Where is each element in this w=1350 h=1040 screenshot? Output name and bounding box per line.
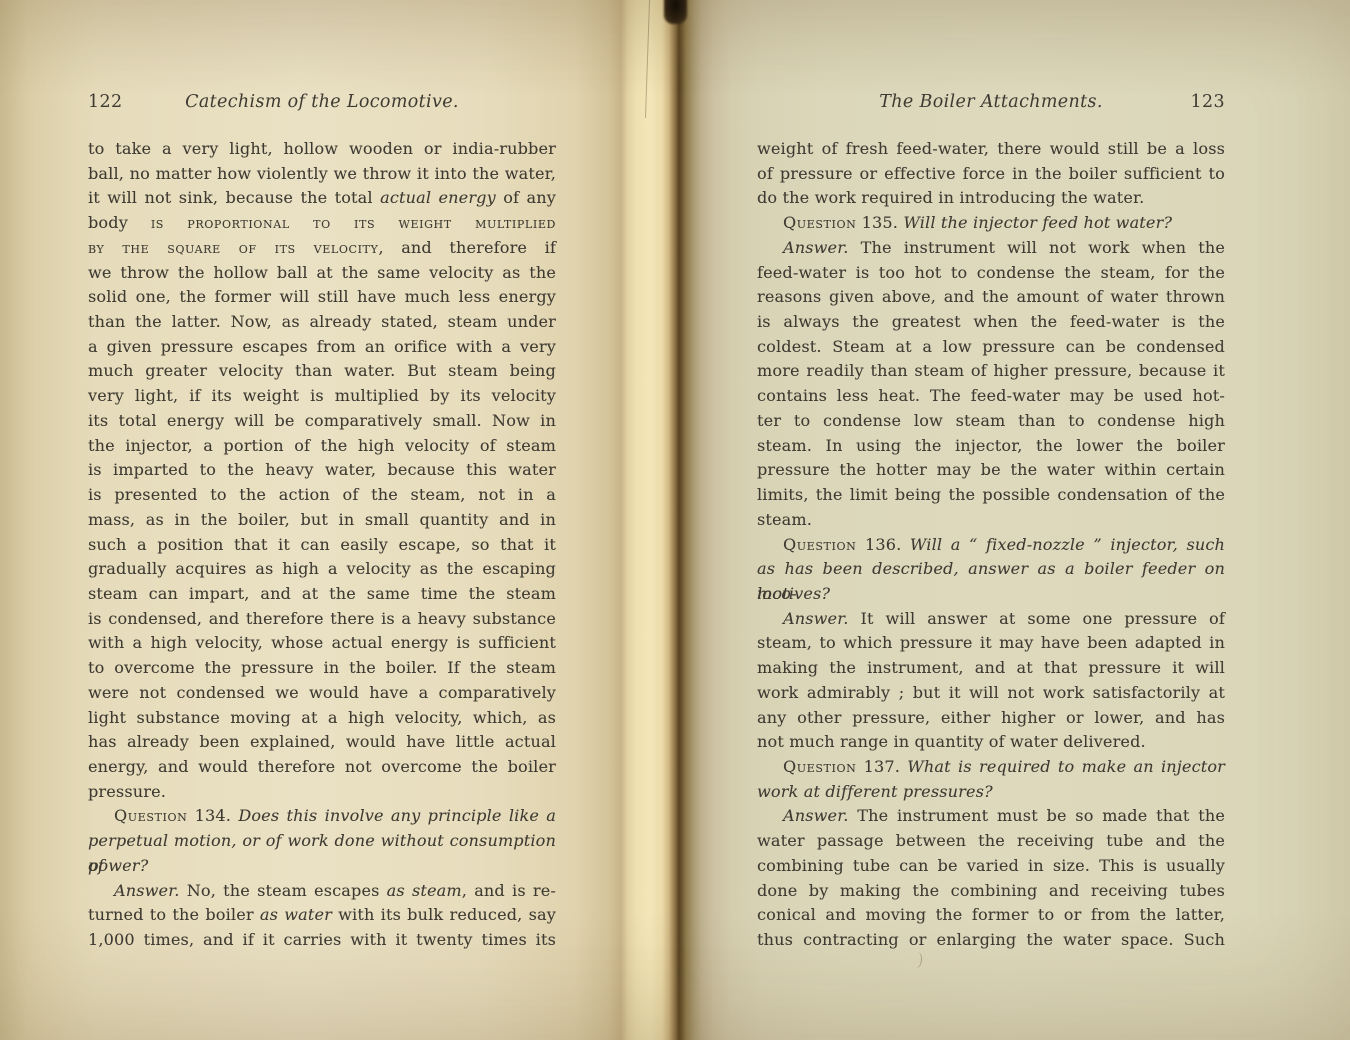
spine-shadow bbox=[664, 0, 687, 24]
right-page-text: weight of fresh feed-water, there would … bbox=[757, 137, 1225, 953]
text-line: done by making the combining and receivi… bbox=[757, 879, 1225, 904]
left-page-number: 122 bbox=[88, 92, 122, 112]
text-line: Question 136. Will a “ fixed-nozzle ” in… bbox=[757, 533, 1225, 558]
right-page-header: The Boiler Attachments. 123 bbox=[757, 92, 1225, 118]
text-line: ball, no matter how violently we throw i… bbox=[88, 162, 556, 187]
text-line: body is proportional to its weight multi… bbox=[88, 211, 556, 236]
text-line: 1,000 times, and if it carries with it t… bbox=[88, 928, 556, 953]
text-line: of pressure or effective force in the bo… bbox=[757, 162, 1225, 187]
text-line: making the instrument, and at that press… bbox=[757, 656, 1225, 681]
text-line: steam, to which pressure it may have bee… bbox=[757, 631, 1225, 656]
text-line: is condensed, and therefore there is a h… bbox=[88, 607, 556, 632]
text-line: with a high velocity, whose actual energ… bbox=[88, 631, 556, 656]
text-line: Answer. The instrument will not work whe… bbox=[757, 236, 1225, 261]
text-line: has already been explained, would have l… bbox=[88, 730, 556, 755]
left-page-text: to take a very light, hollow wooden or i… bbox=[88, 137, 556, 953]
text-line: as has been described, answer as a boile… bbox=[757, 557, 1225, 582]
text-line: is imparted to the heavy water, because … bbox=[88, 458, 556, 483]
text-line: we throw the hollow ball at the same vel… bbox=[88, 261, 556, 286]
pen-mark bbox=[911, 952, 923, 969]
text-line: steam. bbox=[757, 508, 1225, 533]
text-line: turned to the boiler as water with its b… bbox=[88, 903, 556, 928]
text-line: limits, the limit being the possible con… bbox=[757, 483, 1225, 508]
text-line: reasons given above, and the amount of w… bbox=[757, 285, 1225, 310]
text-line: the injector, a portion of the high velo… bbox=[88, 434, 556, 459]
text-line: by the square of its velocity, and there… bbox=[88, 236, 556, 261]
text-line: to overcome the pressure in the boiler. … bbox=[88, 656, 556, 681]
text-line: gradually acquires as high a velocity as… bbox=[88, 557, 556, 582]
text-line: Question 135. Will the injector feed hot… bbox=[757, 211, 1225, 236]
text-line: any other pressure, either higher or low… bbox=[757, 706, 1225, 731]
text-line: Answer. It will answer at some one press… bbox=[757, 607, 1225, 632]
text-line: feed-water is too hot to condense the st… bbox=[757, 261, 1225, 286]
text-line: its total energy will be comparatively s… bbox=[88, 409, 556, 434]
text-line: coldest. Steam at a low pressure can be … bbox=[757, 335, 1225, 360]
text-line: Answer. The instrument must be so made t… bbox=[757, 804, 1225, 829]
left-running-title: Catechism of the Locomotive. bbox=[88, 92, 556, 112]
text-line: is always the greatest when the feed-wat… bbox=[757, 310, 1225, 335]
text-line: thus contracting or enlarging the water … bbox=[757, 928, 1225, 953]
text-line: combining tube can be varied in size. Th… bbox=[757, 854, 1225, 879]
text-line: weight of fresh feed-water, there would … bbox=[757, 137, 1225, 162]
text-line: steam can impart, and at the same time t… bbox=[88, 582, 556, 607]
text-line: Answer. No, the steam escapes as steam, … bbox=[88, 879, 556, 904]
text-line: were not condensed we would have a compa… bbox=[88, 681, 556, 706]
text-line: pressure the hotter may be the water wit… bbox=[757, 458, 1225, 483]
text-line: Question 134. Does this involve any prin… bbox=[88, 804, 556, 829]
text-line: contains less heat. The feed-water may b… bbox=[757, 384, 1225, 409]
right-page-number: 123 bbox=[1191, 92, 1225, 112]
text-line: not much range in quantity of water deli… bbox=[757, 730, 1225, 755]
text-line: is presented to the action of the steam,… bbox=[88, 483, 556, 508]
text-line: light substance moving at a high velocit… bbox=[88, 706, 556, 731]
text-line: to take a very light, hollow wooden or i… bbox=[88, 137, 556, 162]
text-line: power? bbox=[88, 854, 556, 879]
text-line: solid one, the former will still have mu… bbox=[88, 285, 556, 310]
text-line: steam. In using the injector, the lower … bbox=[757, 434, 1225, 459]
text-line: much greater velocity than water. But st… bbox=[88, 359, 556, 384]
text-line: such a position that it can easily escap… bbox=[88, 533, 556, 558]
text-line: mass, as in the boiler, but in small qua… bbox=[88, 508, 556, 533]
text-line: pressure. bbox=[88, 780, 556, 805]
text-line: conical and moving the former to or from… bbox=[757, 903, 1225, 928]
text-line: work admirably ; but it will not work sa… bbox=[757, 681, 1225, 706]
gutter-crack-line bbox=[645, 0, 650, 118]
text-line: very light, if its weight is multiplied … bbox=[88, 384, 556, 409]
text-line: than the latter. Now, as already stated,… bbox=[88, 310, 556, 335]
text-line: do the work required in introducing the … bbox=[757, 186, 1225, 211]
text-line: a given pressure escapes from an orifice… bbox=[88, 335, 556, 360]
text-line: it will not sink, because the total actu… bbox=[88, 186, 556, 211]
text-line: water passage between the receiving tube… bbox=[757, 829, 1225, 854]
text-line: motives? bbox=[757, 582, 1225, 607]
text-line: perpetual motion, or of work done withou… bbox=[88, 829, 556, 854]
text-line: work at different pressures? bbox=[757, 780, 1225, 805]
left-page-header: 122 Catechism of the Locomotive. bbox=[88, 92, 556, 118]
text-line: energy, and would therefore not overcome… bbox=[88, 755, 556, 780]
book-scan: 122 Catechism of the Locomotive. The Boi… bbox=[0, 0, 1350, 1040]
text-line: more readily than steam of higher pressu… bbox=[757, 359, 1225, 384]
text-line: Question 137. What is required to make a… bbox=[757, 755, 1225, 780]
right-running-title: The Boiler Attachments. bbox=[757, 92, 1225, 112]
text-line: ter to condense low steam than to conden… bbox=[757, 409, 1225, 434]
